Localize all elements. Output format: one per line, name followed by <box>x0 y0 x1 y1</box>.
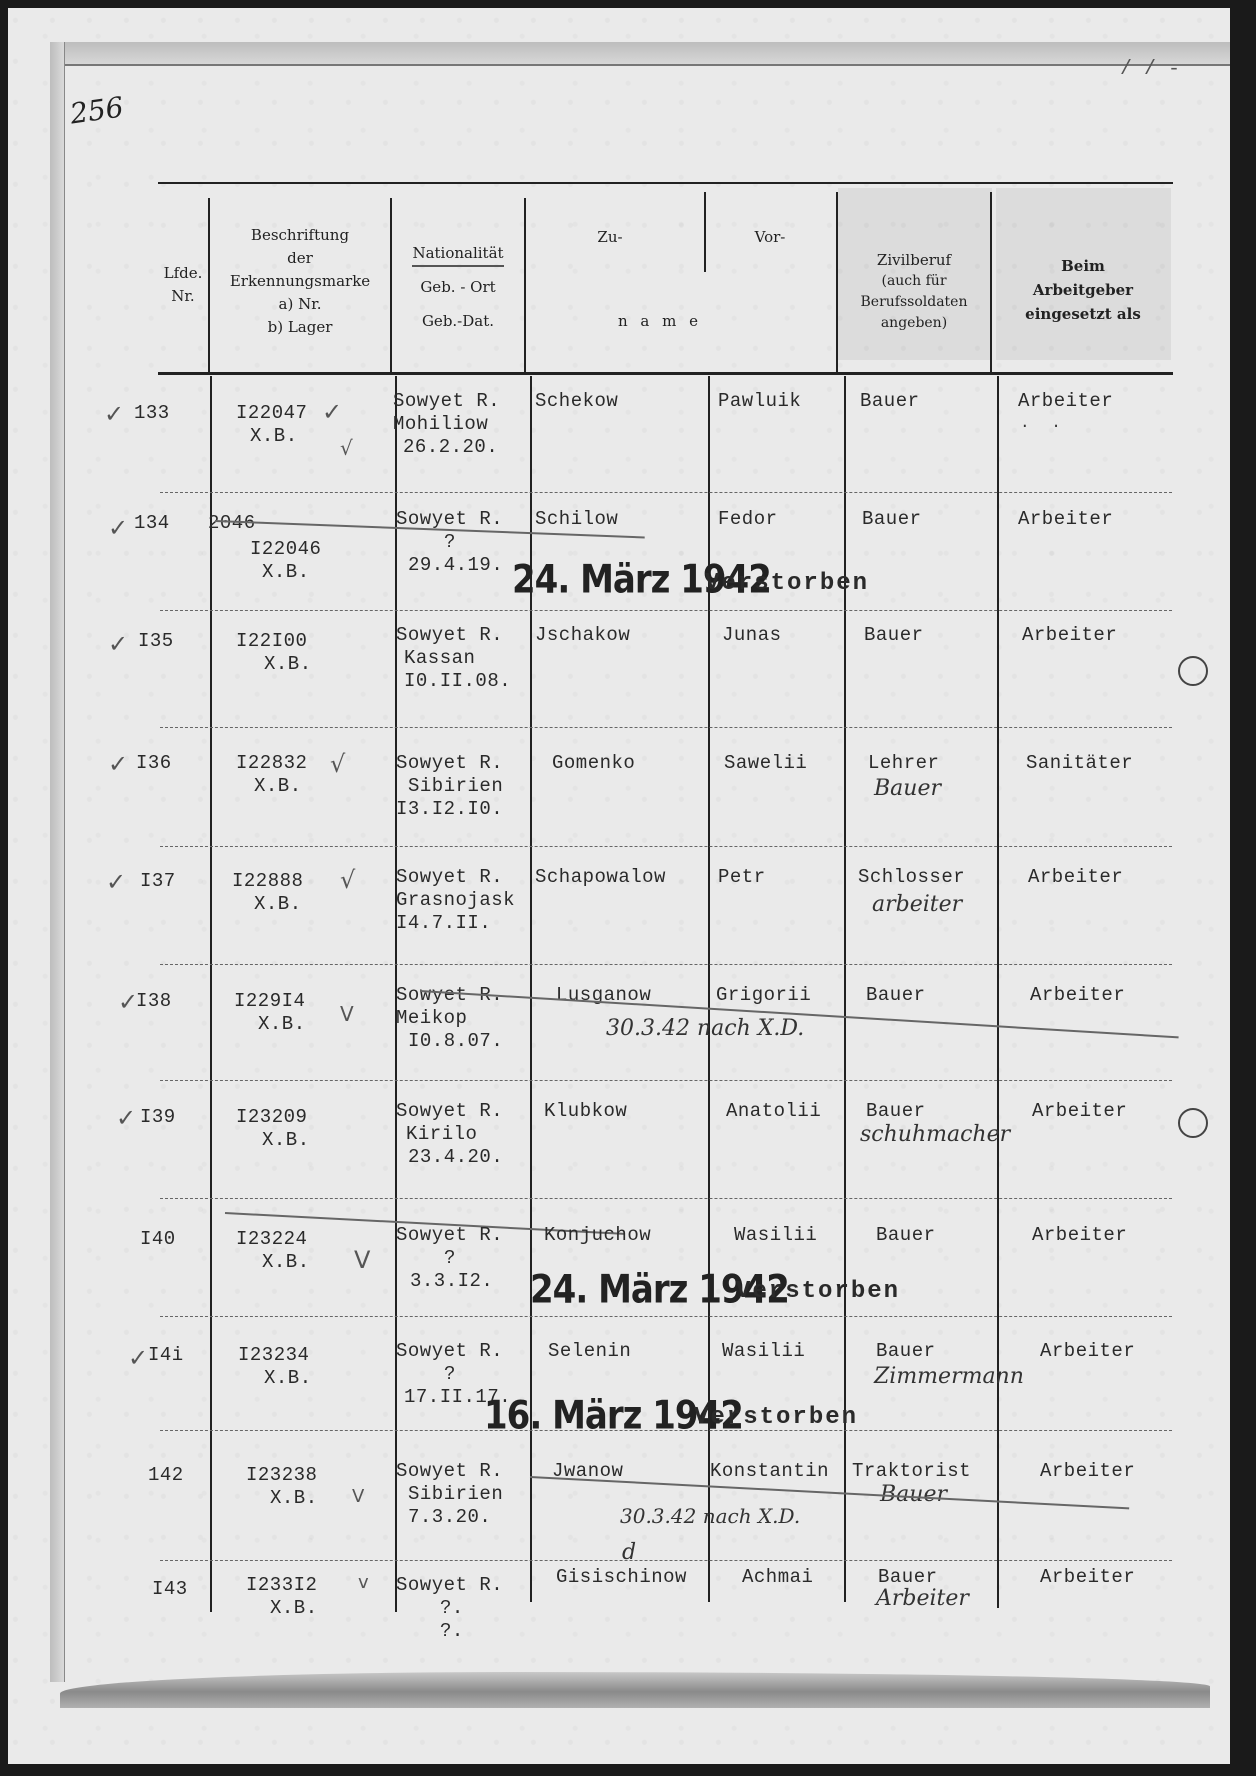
birthplace: Kassan <box>404 647 475 670</box>
checkmark-icon: √ <box>340 436 353 460</box>
occupation: Bauer <box>860 390 920 413</box>
surname-correction-handwritten: d <box>622 1540 636 1565</box>
death-stamp-word: Verstorben <box>736 1278 900 1305</box>
row-number: I43 <box>152 1578 188 1601</box>
checkmark-icon: V <box>340 1002 354 1026</box>
nationality: Sowyet R. <box>396 1100 503 1123</box>
header-divider <box>704 192 706 272</box>
checkmark-icon: ✓ <box>106 868 126 896</box>
header-text: Zivilberuf <box>838 250 990 271</box>
tag-number: I22046 <box>250 538 321 561</box>
corner-mark: / / - <box>1120 58 1180 81</box>
header-text: Erkennungsmarke <box>210 270 390 293</box>
first-name: Petr <box>718 866 766 889</box>
occupation: Bauer <box>866 984 926 1007</box>
birthplace: Meikop <box>396 1007 467 1030</box>
first-name: Konstantin <box>710 1460 829 1483</box>
occupation: Traktorist <box>852 1460 971 1483</box>
column-divider <box>997 376 999 1608</box>
employment: Arbeiter <box>1030 984 1125 1007</box>
scan-frame-bottom <box>60 1672 1210 1708</box>
employment: Arbeiter <box>1040 1340 1135 1363</box>
header-text: Lfde. <box>158 262 208 285</box>
row-separator <box>160 1080 1172 1082</box>
birth-date: I3.I2.I0. <box>396 798 503 821</box>
death-stamp-word: Verstorben <box>705 570 869 597</box>
checkmark-icon: ✓ <box>322 398 342 426</box>
nationality: Sowyet R. <box>396 1460 503 1483</box>
checkmark-icon: ✓ <box>116 1104 136 1132</box>
surname: Klubkow <box>544 1100 627 1123</box>
employment: Arbeiter <box>1032 1100 1127 1123</box>
nationality: Sowyet R. <box>393 390 500 413</box>
surname: Gisischinow <box>556 1566 687 1589</box>
birth-date: ?. <box>440 1620 464 1643</box>
surname: Schekow <box>535 390 618 413</box>
header-divider <box>524 198 526 374</box>
occupation: Bauer <box>876 1340 936 1363</box>
employment: Arbeiter <box>1018 508 1113 531</box>
header-nationalitaet: Nationalität Geb. - Ort Geb.-Dat. <box>392 236 524 338</box>
employment: Arbeiter <box>1032 1224 1127 1247</box>
camp: X.B. <box>270 1597 318 1620</box>
checkmark-icon: √ <box>330 750 345 778</box>
row-number: I38 <box>136 990 172 1013</box>
transfer-note-handwritten: 30.3.42 nach X.D. <box>620 1504 800 1528</box>
scan-frame-left <box>50 42 65 1682</box>
checkmark-icon: V <box>352 1486 364 1507</box>
tag-number: I22047 <box>236 402 307 425</box>
surname: Schilow <box>535 508 618 531</box>
header-text: (auch für <box>838 271 990 292</box>
camp: X.B. <box>270 1487 318 1510</box>
checkmark-icon: ✓ <box>104 400 124 428</box>
nationality: Sowyet R. <box>396 752 503 775</box>
birthplace: Mohiliow <box>393 413 488 436</box>
header-divider <box>990 192 992 374</box>
scan-edge <box>1232 0 1256 1776</box>
birthplace: Kirilo <box>406 1123 477 1146</box>
header-text: a) Nr. <box>210 293 390 316</box>
first-name: Pawluik <box>718 390 801 413</box>
surname: Konjuchow <box>544 1224 651 1247</box>
surname: Selenin <box>548 1340 631 1363</box>
birth-date: 26.2.20. <box>403 436 498 459</box>
header-name: n a m e <box>600 310 720 333</box>
nationality: Sowyet R. <box>396 1574 503 1597</box>
tag-number: I22832 <box>236 752 307 775</box>
birthplace: Sibirien <box>408 775 503 798</box>
row-number: I39 <box>140 1106 176 1129</box>
row-separator <box>160 610 1172 612</box>
birth-date: I0.8.07. <box>408 1030 503 1053</box>
birthplace: Sibirien <box>408 1483 503 1506</box>
tag-number: I23224 <box>236 1228 307 1251</box>
checkmark-icon: ✓ <box>128 1344 148 1372</box>
employment: Arbeiter <box>1028 866 1123 889</box>
surname: Jschakow <box>535 624 630 647</box>
header-text: Geb. - Ort <box>392 270 524 304</box>
employment: Arbeiter <box>1040 1566 1135 1589</box>
birth-date: 3.3.I2. <box>410 1270 493 1293</box>
occupation: Lehrer <box>868 752 939 775</box>
header-text: Nr. <box>158 285 208 308</box>
header-zivilberuf: Zivilberuf (auch für Berufssoldaten ange… <box>838 250 990 334</box>
first-name: Achmai <box>742 1566 813 1589</box>
row-separator <box>160 1316 1172 1318</box>
checkmark-icon: ✓ <box>108 630 128 658</box>
occupation-handwritten: schuhmacher <box>860 1122 1010 1147</box>
camp: X.B. <box>262 1251 310 1274</box>
occupation-handwritten: arbeiter <box>872 892 962 917</box>
header-arbeitgeber: Beim Arbeitgeber eingesetzt als <box>994 254 1172 326</box>
row-number: I37 <box>140 870 176 893</box>
first-name: Grigorii <box>716 984 811 1007</box>
header-text: Berufssoldaten <box>838 292 990 313</box>
employment: Arbeiter <box>1018 390 1113 413</box>
first-name: Sawelii <box>724 752 807 775</box>
header-zu: Zu- <box>590 226 630 249</box>
birth-date: 23.4.20. <box>408 1146 503 1169</box>
first-name: Anatolii <box>726 1100 821 1123</box>
row-number: I35 <box>138 630 174 653</box>
birth-date: 7.3.20. <box>408 1506 491 1529</box>
row-separator <box>160 492 1172 494</box>
birth-date: I4.7.II. <box>396 912 491 935</box>
employment: Arbeiter <box>1022 624 1117 647</box>
birthplace: ? <box>444 1363 456 1386</box>
header-text: Nationalität <box>412 241 503 267</box>
nationality: Sowyet R. <box>396 1340 503 1363</box>
row-number: 142 <box>148 1464 184 1487</box>
nationality: Sowyet R. <box>396 508 503 531</box>
punch-hole-icon <box>1178 656 1208 686</box>
camp: X.B. <box>254 893 302 916</box>
checkmark-icon: V <box>354 1246 370 1274</box>
header-text: angeben) <box>838 313 990 334</box>
header-text: eingesetzt als <box>994 302 1172 326</box>
checkmark-icon: v <box>358 1572 369 1593</box>
first-name: Fedor <box>718 508 778 531</box>
birthplace: ? <box>444 531 456 554</box>
occupation: Bauer <box>866 1100 926 1123</box>
first-name: Junas <box>722 624 782 647</box>
row-number: I4i <box>148 1344 184 1367</box>
header-text: Beim <box>994 254 1172 278</box>
row-separator <box>160 1560 1172 1562</box>
header-erkennungsmarke: Beschriftung der Erkennungsmarke a) Nr. … <box>210 224 390 339</box>
surname: Gomenko <box>552 752 635 775</box>
dots: . . <box>1020 414 1067 432</box>
row-separator <box>160 846 1172 848</box>
nationality: Sowyet R. <box>396 1224 503 1247</box>
employment: Sanitäter <box>1026 752 1133 775</box>
header-text: Beschriftung <box>210 224 390 247</box>
surname: Schapowalow <box>535 866 666 889</box>
birth-date: I0.II.08. <box>404 670 511 693</box>
occupation-handwritten: Zimmermann <box>874 1364 1024 1389</box>
tag-number: I22888 <box>232 870 303 893</box>
checkmark-icon: ✓ <box>108 514 128 542</box>
header-text: b) Lager <box>210 316 390 339</box>
birthplace: ? <box>444 1247 456 1270</box>
occupation: Schlosser <box>858 866 965 889</box>
birth-date: 29.4.19. <box>408 554 503 577</box>
tag-number: I23238 <box>246 1464 317 1487</box>
header-text: Arbeitgeber <box>994 278 1172 302</box>
checkmark-icon: ✓ <box>108 750 128 778</box>
header-text: der <box>210 247 390 270</box>
row-number: 133 <box>134 402 170 425</box>
camp: X.B. <box>264 1367 312 1390</box>
death-stamp-word: Verstorben <box>694 1404 858 1431</box>
occupation-handwritten: Arbeiter <box>876 1586 969 1611</box>
tag-number: I23209 <box>236 1106 307 1129</box>
birthplace: ?. <box>440 1597 464 1620</box>
birthplace: Grasnojask <box>396 889 515 912</box>
tag-number: I22I00 <box>236 630 307 653</box>
nationality: Sowyet R. <box>396 624 503 647</box>
header-vor: Vor- <box>740 226 800 249</box>
checkmark-icon: √ <box>340 866 355 894</box>
first-name: Wasilii <box>734 1224 817 1247</box>
camp: X.B. <box>258 1013 306 1036</box>
row-number: I36 <box>136 752 172 775</box>
employment: Arbeiter <box>1040 1460 1135 1483</box>
tag-number: I23234 <box>238 1344 309 1367</box>
header-text: Geb.-Dat. <box>392 304 524 338</box>
camp: X.B. <box>254 775 302 798</box>
row-number: I40 <box>140 1228 176 1251</box>
occupation: Bauer <box>862 508 922 531</box>
header-lfd-nr: Lfde. Nr. <box>158 262 208 308</box>
camp: X.B. <box>264 653 312 676</box>
transfer-note-handwritten: 30.3.42 nach X.D. <box>606 1016 804 1041</box>
nationality: Sowyet R. <box>396 866 503 889</box>
occupation-handwritten: Bauer <box>874 776 941 801</box>
header-rule <box>158 372 1173 375</box>
occupation: Bauer <box>876 1224 936 1247</box>
row-separator <box>160 1198 1172 1200</box>
column-divider <box>210 376 212 1612</box>
row-number: 134 <box>134 512 170 535</box>
first-name: Wasilii <box>722 1340 805 1363</box>
tag-number: I233I2 <box>246 1574 317 1597</box>
scan-frame-top <box>50 42 1230 66</box>
row-separator <box>160 964 1172 966</box>
row-separator <box>160 727 1172 729</box>
occupation: Bauer <box>864 624 924 647</box>
punch-hole-icon <box>1178 1108 1208 1138</box>
tag-number: I229I4 <box>234 990 305 1013</box>
camp: X.B. <box>250 425 298 448</box>
camp: X.B. <box>262 561 310 584</box>
camp: X.B. <box>262 1129 310 1152</box>
